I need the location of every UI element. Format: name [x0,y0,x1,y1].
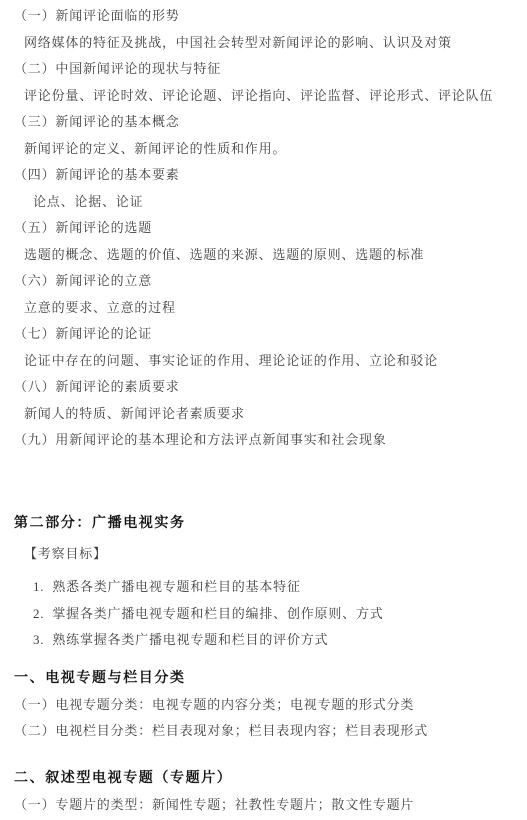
section-tv-classification: 一、电视专题与栏目分类 （一）电视专题分类：电视专题的内容分类；电视专题的形式分… [14,665,509,745]
outline-detail: 评论份量、评论时效、评论论题、评论指向、评论监督、评论形式、评论队伍 [14,83,509,110]
outline-detail: 新闻评论的定义、新闻评论的性质和作用。 [14,136,509,163]
objective-text: 掌握各类广播电视专题和栏目的编排、创作原则、方式 [52,601,383,628]
outline-item: （七）新闻评论的论证 [14,321,509,348]
objective-number: 2. [33,601,44,628]
objective-item: 2. 掌握各类广播电视专题和栏目的编排、创作原则、方式 [14,601,509,628]
outline-detail: 新闻人的特质、新闻评论者素质要求 [14,401,509,428]
objective-item: 3. 熟练掌握各类广播电视专题和栏目的评价方式 [14,627,509,654]
outline-detail: 网络媒体的特征及挑战，中国社会转型对新闻评论的影响、认识及对策 [14,30,509,57]
outline-item: （二）中国新闻评论的现状与特征 [14,56,509,83]
outline-item: （一）新闻评论面临的形势 [14,3,509,30]
objective-number: 3. [33,627,44,654]
outline-detail: 选题的概念、选题的价值、选题的来源、选题的原则、选题的标准 [14,242,509,269]
part2: 第二部分：广播电视实务 【考察目标】 1. 熟悉各类广播电视专题和栏目的基本特征… [14,510,509,819]
outline-detail: 立意的要求、立意的过程 [14,295,509,322]
section-item: （二）电视栏目分类：栏目表现对象；栏目表现内容；栏目表现形式 [14,718,509,745]
section-heading: 一、电视专题与栏目分类 [14,665,509,692]
outline-item: （九）用新闻评论的基本理论和方法评点新闻事实和社会现象 [14,427,509,454]
part1-outline: （一）新闻评论面临的形势 网络媒体的特征及挑战，中国社会转型对新闻评论的影响、认… [14,3,509,454]
outline-item: （三）新闻评论的基本概念 [14,109,509,136]
objective-text: 熟悉各类广播电视专题和栏目的基本特征 [52,574,300,601]
section-narrative-tv-special: 二、叙述型电视专题（专题片） （一）专题片的类型：新闻性专题；社教性专题片；散文… [14,765,509,819]
objectives-list: 1. 熟悉各类广播电视专题和栏目的基本特征 2. 掌握各类广播电视专题和栏目的编… [14,574,509,654]
document-page: （一）新闻评论面临的形势 网络媒体的特征及挑战，中国社会转型对新闻评论的影响、认… [0,0,527,820]
outline-item: （四）新闻评论的基本要素 [14,162,509,189]
section-heading: 二、叙述型电视专题（专题片） [14,765,509,792]
part2-title: 第二部分：广播电视实务 [14,510,509,537]
outline-item: （五）新闻评论的选题 [14,215,509,242]
objective-text: 熟练掌握各类广播电视专题和栏目的评价方式 [52,627,328,654]
outline-item: （六）新闻评论的立意 [14,268,509,295]
objective-item: 1. 熟悉各类广播电视专题和栏目的基本特征 [14,574,509,601]
objectives-label: 【考察目标】 [14,541,509,568]
outline-item: （八）新闻评论的素质要求 [14,374,509,401]
section-item: （一）专题片的类型：新闻性专题；社教性专题片；散文性专题片 [14,792,509,819]
outline-detail: 论点、论据、论证 [14,189,509,216]
outline-detail: 论证中存在的问题、事实论证的作用、理论论证的作用、立论和驳论 [14,348,509,375]
section-item: （一）电视专题分类：电视专题的内容分类；电视专题的形式分类 [14,692,509,719]
objective-number: 1. [33,574,44,601]
